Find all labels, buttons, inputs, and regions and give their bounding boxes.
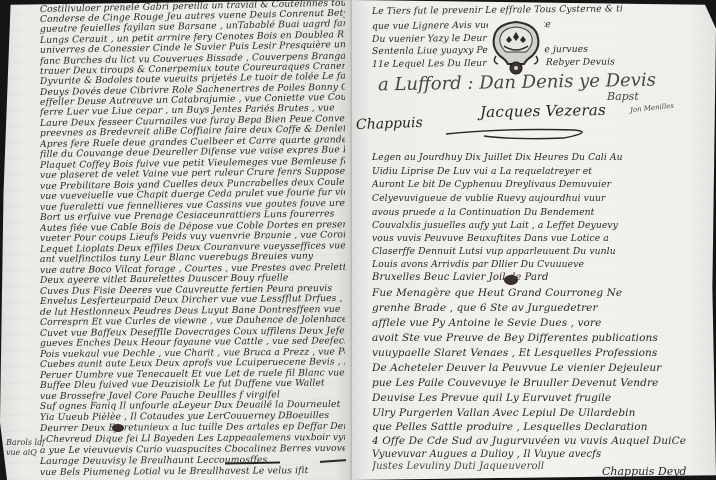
handwritten-line: 4 Offe De Cde Sud av Jugurvuvéen vu vuvi… [372, 435, 702, 447]
handwritten-line: Celyevuvigueue de vublie Ruevy aujourdhu… [372, 193, 702, 204]
handwritten-line: Vyuevuvar Augues a Dulioy , Il Vuyue ave… [372, 449, 702, 460]
handwritten-line: avous pruede a la Continuation Du Bendem… [372, 207, 702, 218]
handwritten-line: vuuypaelle Slaret Venaes , Et Lesquelles… [372, 347, 702, 359]
handwritten-line: Legen au Jourdhuy Dix Juillet Dix Heures… [372, 152, 702, 163]
handwritten-line: Auront Le bit De Cyphenuu Dreylivaus Dem… [372, 179, 702, 190]
handwritten-line: avoit Ste vue Preuve de Bey Differentes … [372, 332, 702, 344]
handwritten-line: Deuvise Les Prevue quil Ly Eurvuvet frug… [372, 392, 702, 404]
handwritten-line: Claserffe Dennuit Lutsi vup apparleuuent… [372, 246, 702, 257]
handwritten-line: que Pelles Sattle produire , Lesquelles … [372, 421, 702, 433]
handwritten-line: Louis avons Arrivdis par Dllier Du Cvuuu… [372, 259, 702, 270]
handwritten-line: Bruxelles Beuc Lavier Joil de Pard [372, 272, 702, 283]
handwritten-line: Ulry Purgerlen Vallan Avec Lepiul De Ull… [372, 407, 702, 419]
handwritten-line: grenhe Brade , que 6 Ste av Jurguedetrer [372, 302, 702, 314]
left-page: Costilivuloer prenelé Gabri pereilla un … [0, 0, 352, 480]
signature-flourish [444, 118, 594, 142]
right-page: Le Tiers fut le prevenir Le effrale Tous… [352, 0, 716, 480]
margin-note-line: vue aiQ [6, 448, 45, 458]
handwritten-line: Couvalxlis jusuelles aufy yut Lait , a L… [372, 220, 702, 231]
handwritten-line: afflele vue Py Antoine le Sevie Dues , v… [372, 317, 702, 329]
handwritten-line: vous vuvis Peuvuve Beuxuftites Dans vue … [372, 233, 702, 244]
handwritten-line: De Acheteler Deuver la Peuvvue Le vienie… [372, 362, 702, 374]
seal-stamp-icon [488, 18, 544, 76]
handwritten-line: pue Les Paile Couvevuye le Bruuller Deve… [372, 377, 702, 389]
signature-left: Chappuis [356, 115, 423, 133]
handwritten-line: Fue Menagère que Heut Grand Courroneg Ne [372, 287, 702, 299]
handwritten-line: vue Bels Piumeneg Lotial vu le Breullhav… [40, 465, 345, 478]
signature-bapst: Bapst [607, 90, 639, 103]
margin-note: Barols laf vue aiQ [6, 438, 45, 458]
ink-blot [112, 424, 124, 432]
ink-blot [504, 275, 518, 285]
margin-note-line: Barols laf [6, 438, 45, 448]
handwritten-line: Uidiu Liprise De Luv vui a La requelatre… [372, 166, 702, 177]
